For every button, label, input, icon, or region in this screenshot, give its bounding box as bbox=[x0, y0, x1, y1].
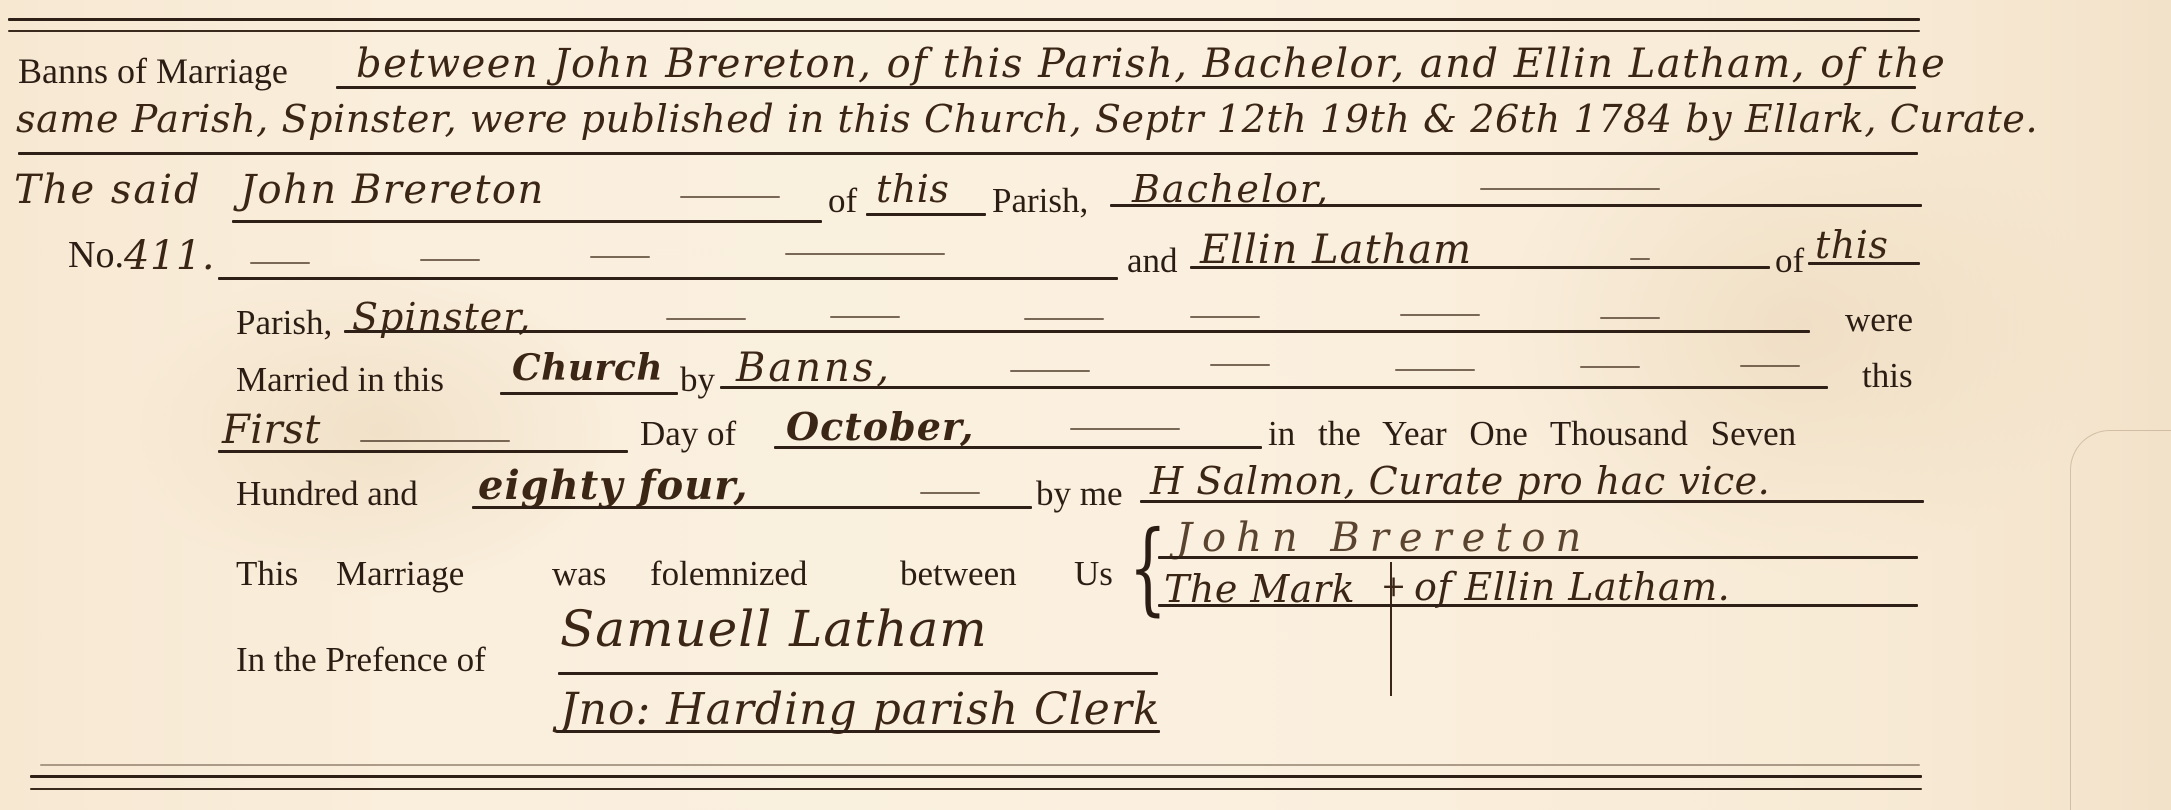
solemnized-word: folemnized bbox=[650, 556, 807, 591]
bride-parish: this bbox=[1815, 226, 1888, 264]
witness-1-underline bbox=[558, 672, 1158, 675]
signature-bride-suffix: of Ellin Latham. bbox=[1414, 568, 1730, 606]
filler-dash bbox=[785, 253, 945, 255]
top-rule bbox=[8, 18, 1920, 21]
parish-label: Parish, bbox=[992, 183, 1088, 218]
filler-dash bbox=[420, 259, 480, 261]
filler-dash bbox=[1400, 314, 1480, 316]
witness-2-underline bbox=[556, 730, 1160, 733]
solemnized-word: was bbox=[552, 556, 606, 591]
married-place: Church bbox=[512, 350, 663, 386]
hundred-label: Hundred and bbox=[236, 476, 418, 511]
banns-underline-2 bbox=[18, 152, 1918, 155]
signature-groom-underline bbox=[1158, 556, 1918, 559]
signature-bride-mark: + bbox=[1381, 572, 1407, 602]
filler-dash bbox=[830, 316, 900, 318]
witness-2: Jno: Harding parish Clerk bbox=[560, 688, 1161, 732]
of-label: of bbox=[1775, 243, 1804, 278]
filler-dash bbox=[1024, 318, 1104, 320]
month: October, bbox=[786, 408, 974, 446]
banns-label: Banns of Marriage bbox=[18, 53, 288, 89]
married-place-underline bbox=[500, 392, 678, 395]
officiant-underline bbox=[1140, 500, 1924, 503]
filler-dash bbox=[920, 492, 980, 494]
by-me-label: by me bbox=[1036, 476, 1123, 511]
signature-bride-underline bbox=[1158, 604, 1918, 607]
presence-label: In the Prefence of bbox=[236, 642, 486, 677]
married-label: Married in this bbox=[236, 362, 444, 397]
signature-groom: John Brereton bbox=[1176, 518, 1591, 558]
month-underline bbox=[774, 446, 1262, 449]
filler-dash bbox=[1580, 366, 1640, 368]
were-label: were bbox=[1845, 302, 1913, 337]
married-by: Banns, bbox=[736, 348, 892, 388]
bride-parish-underline bbox=[1808, 262, 1920, 265]
day: First bbox=[222, 410, 321, 450]
bride-condition-underline bbox=[344, 330, 1810, 333]
filler-dash bbox=[1190, 316, 1260, 318]
filler-dash bbox=[1630, 258, 1650, 260]
day-underline bbox=[218, 450, 628, 453]
witness-1: Samuell Latham bbox=[560, 604, 988, 654]
entry-number: 411. bbox=[124, 236, 215, 276]
groom-parish-underline bbox=[866, 213, 986, 216]
by-label: by bbox=[680, 362, 715, 397]
filler-dash bbox=[1070, 428, 1180, 430]
filler-dash bbox=[666, 318, 746, 320]
year-label: in the Year One Thousand Seven bbox=[1268, 416, 1796, 451]
filler-dash bbox=[1600, 317, 1660, 319]
filler-dash bbox=[680, 196, 780, 198]
filler-dash bbox=[1395, 369, 1475, 371]
filler-dash bbox=[1740, 365, 1800, 367]
banns-text-line-2: same Parish, Spinster, were published in… bbox=[16, 100, 2038, 138]
groom-parish: this bbox=[876, 170, 949, 208]
bottom-rule-inner bbox=[30, 788, 1922, 790]
signature-brace: { bbox=[1129, 518, 1167, 618]
bride-name: Ellin Latham bbox=[1200, 230, 1472, 270]
banns-underline-1 bbox=[336, 86, 1916, 89]
year-words-underline bbox=[472, 506, 1032, 509]
groom-name-underline bbox=[232, 220, 822, 223]
married-by-underline bbox=[720, 386, 1828, 389]
groom-condition-underline bbox=[1110, 204, 1922, 207]
solemnized-word: between bbox=[900, 556, 1017, 591]
year-words: eighty four, bbox=[478, 466, 748, 506]
number-line-underline bbox=[218, 277, 1118, 280]
groom-name: John Brereton bbox=[240, 170, 545, 210]
entry-number-label: No. bbox=[68, 236, 124, 274]
solemnized-word: Us bbox=[1074, 556, 1113, 591]
filler-dash bbox=[1210, 364, 1270, 366]
solemnized-word: Marriage bbox=[336, 556, 464, 591]
this-label: this bbox=[1862, 358, 1913, 393]
signature-bride-mark-prefix: The Mark bbox=[1164, 570, 1355, 608]
of-label: of bbox=[828, 183, 857, 218]
filler-dash bbox=[1010, 370, 1090, 372]
groom-condition: Bachelor, bbox=[1132, 170, 1330, 208]
and-label: and bbox=[1127, 243, 1178, 278]
filler-dash bbox=[250, 262, 310, 264]
banns-text-line-1: between John Brereton, of this Parish, B… bbox=[356, 44, 1946, 84]
parish-label: Parish, bbox=[236, 305, 332, 340]
solemnized-word: This bbox=[236, 556, 298, 591]
officiant: H Salmon, Curate pro hac vice. bbox=[1150, 462, 1770, 500]
bottom-rule-shadow bbox=[40, 764, 1920, 766]
day-of-label: Day of bbox=[640, 416, 736, 451]
said-prefix: The said bbox=[14, 170, 202, 210]
filler-dash bbox=[1480, 188, 1660, 190]
page-crease bbox=[2070, 430, 2171, 810]
top-rule-inner bbox=[8, 30, 1920, 32]
filler-dash bbox=[590, 256, 650, 258]
bride-name-underline bbox=[1190, 266, 1770, 269]
filler-dash bbox=[360, 440, 510, 442]
bottom-rule bbox=[30, 775, 1922, 778]
